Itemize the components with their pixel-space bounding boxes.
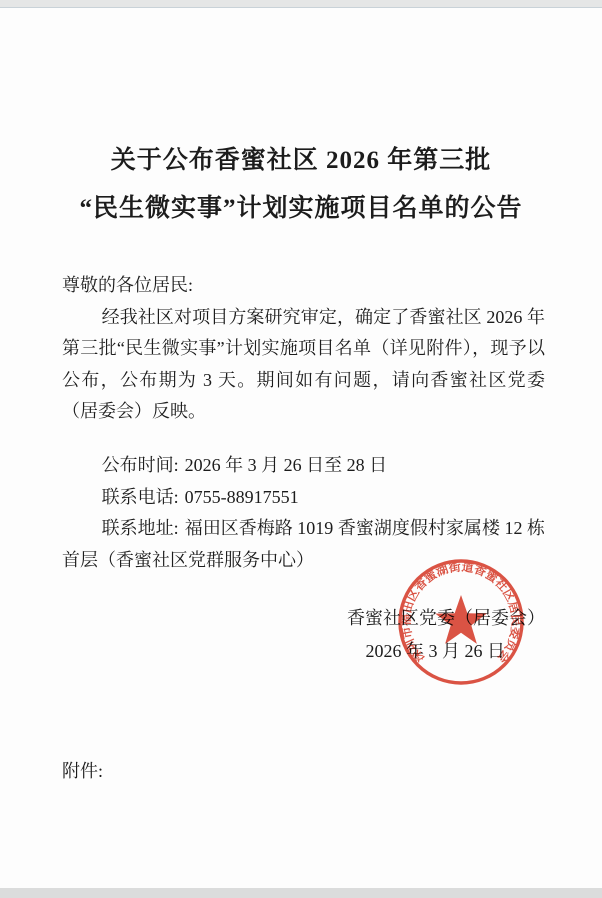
title-line-2: “民生微实事”计划实施项目名单的公告 <box>28 185 574 233</box>
scan-edge-bottom <box>0 888 602 898</box>
document-title: 关于公布香蜜社区 2026 年第三批 “民生微实事”计划实施项目名单的公告 <box>28 137 574 233</box>
title-line-1: 关于公布香蜜社区 2026 年第三批 <box>28 137 574 185</box>
document-body: 尊敬的各位居民: 经我社区对项目方案研究审定，确定了香蜜社区 2026 年第三批… <box>62 270 545 428</box>
official-seal-stamp: 深圳市福田区香蜜湖街道香蜜社区居民委员会 <box>395 556 527 688</box>
publish-time-value: 2026 年 3 月 26 日至 28 日 <box>185 455 388 475</box>
main-paragraph: 经我社区对项目方案研究审定，确定了香蜜社区 2026 年第三批“民生微实事”计划… <box>62 302 545 428</box>
salutation: 尊敬的各位居民: <box>62 270 545 302</box>
phone-label: 联系电话: <box>102 487 179 507</box>
publish-time-line: 公布时间:2026 年 3 月 26 日至 28 日 <box>62 450 545 482</box>
star-icon <box>435 595 486 644</box>
address-label: 联系地址: <box>102 518 179 538</box>
scanned-announcement-page: 关于公布香蜜社区 2026 年第三批 “民生微实事”计划实施项目名单的公告 尊敬… <box>0 0 602 898</box>
phone-value: 0755-88917551 <box>185 487 299 507</box>
attachment-label: 附件: <box>62 756 103 788</box>
phone-line: 联系电话:0755-88917551 <box>62 482 545 514</box>
scan-edge-top <box>0 0 602 8</box>
publish-time-label: 公布时间: <box>102 455 179 475</box>
